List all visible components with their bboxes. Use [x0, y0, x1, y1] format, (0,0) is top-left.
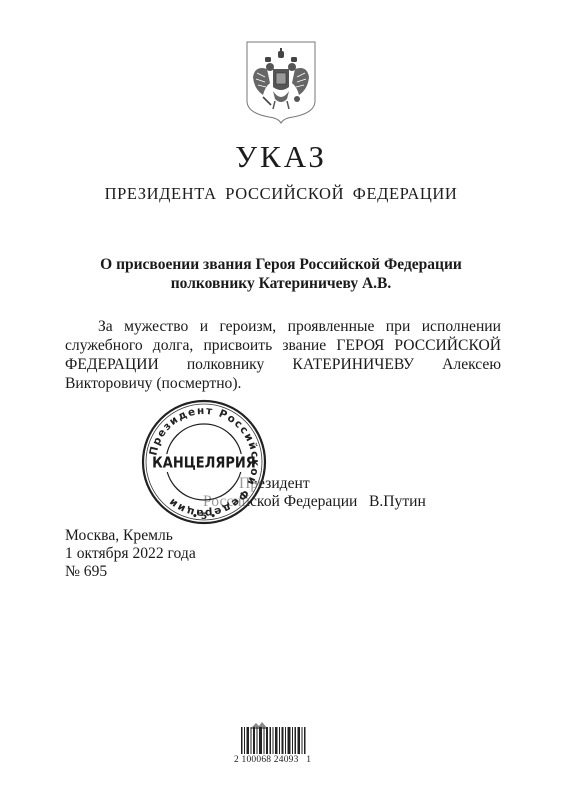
document-subtitle: ПРЕЗИДЕНТА РОССИЙСКОЙ ФЕДЕРАЦИИ	[0, 183, 562, 205]
document-title: УКАЗ	[0, 139, 562, 175]
decree-heading: О присвоении звания Героя Российской Фед…	[60, 255, 502, 293]
barcode-mark-icon	[248, 717, 270, 727]
stamp-center-text: КАНЦЕЛЯРИЯ	[152, 455, 256, 472]
barcode-number: 2 100068 24093 1	[234, 754, 324, 766]
official-stamp: Президент Российской Федерации • 5 • КАН…	[140, 398, 268, 526]
signing-date: 1 октября 2022 года	[65, 544, 196, 563]
decree-heading-line-2: полковнику Катериничеву А.В.	[60, 274, 502, 293]
coat-of-arms-icon	[243, 39, 319, 125]
decree-body-text: За мужество и героизм, проявленные при и…	[65, 317, 501, 393]
signing-place: Москва, Кремль	[65, 526, 173, 545]
barcode-icon	[240, 727, 306, 754]
decree-number: № 695	[65, 562, 107, 581]
signature-name: В.Путин	[369, 492, 426, 511]
decree-heading-line-1: О присвоении звания Героя Российской Фед…	[60, 255, 502, 274]
svg-text:• 5 •: • 5 •	[192, 512, 216, 522]
